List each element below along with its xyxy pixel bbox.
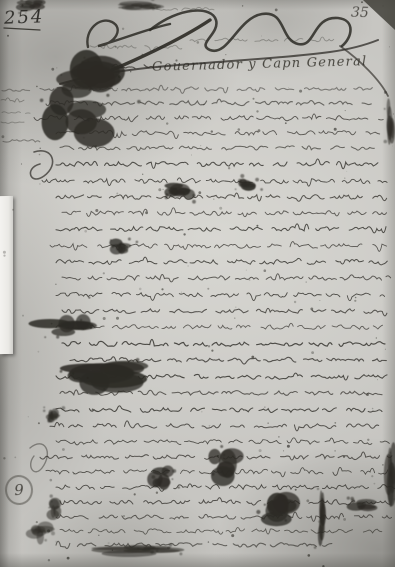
ink-speckles xyxy=(2,1,395,567)
handwriting-art xyxy=(0,0,395,567)
torn-corner-shadow xyxy=(363,0,395,30)
folio-underline xyxy=(4,28,40,30)
manuscript-page: 254 35 Gouernador y Capn General 9 xyxy=(0,0,395,567)
